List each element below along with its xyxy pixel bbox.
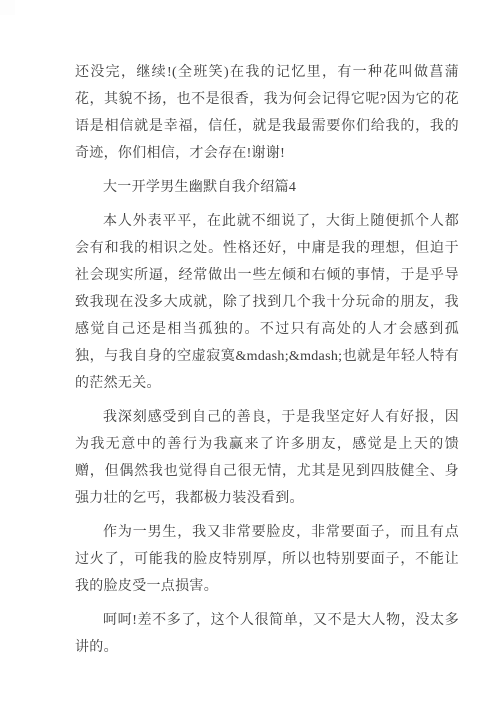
text-content: 还没完，继续!(全班笑)在我的记忆里，有一种花叫做菖蒲花，其貌不扬，也不是很香，… (75, 59, 459, 668)
scan-corner-artifact (0, 0, 15, 15)
paragraph-self-description: 本人外表平平，在此就不细说了，大街上随便抓个人都会有和我的相识之处。性格还好，中… (75, 208, 459, 397)
paragraph-kindness: 我深刻感受到自己的善良，于是我坚定好人有好报，因为我无意中的善行为我赢来了许多朋… (75, 404, 459, 512)
paragraph-closing: 呵呵!差不多了，这个人很简单，又不是大人物，没太多讲的。 (75, 607, 459, 661)
paragraph-face: 作为一男生，我又非常要脸皮，非常要面子，而且有点过火了，可能我的脸皮特别厚，所以… (75, 519, 459, 600)
section-heading: 大一开学男生幽默自我介绍篇4 (75, 174, 459, 201)
paragraph-continuation: 还没完，继续!(全班笑)在我的记忆里，有一种花叫做菖蒲花，其貌不扬，也不是很香，… (75, 59, 459, 167)
document-page: 还没完，继续!(全班笑)在我的记忆里，有一种花叫做菖蒲花，其貌不扬，也不是很香，… (0, 0, 500, 708)
